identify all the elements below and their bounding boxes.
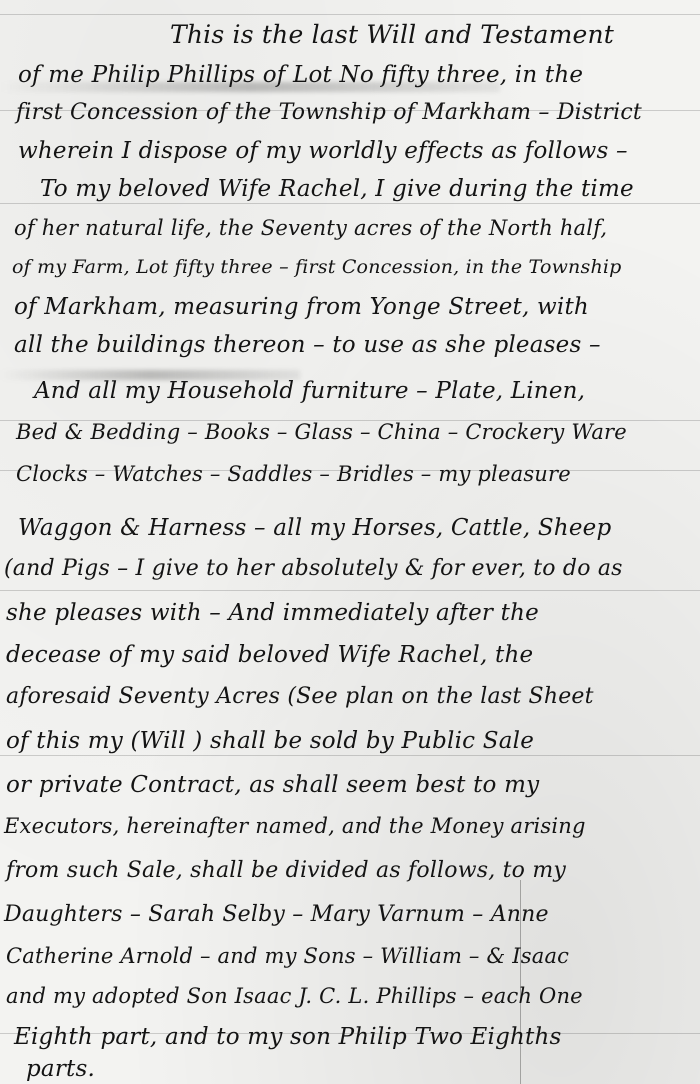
scanned-document-page: This is the last Will and Testament of m…	[0, 0, 700, 1084]
document-line: This is the last Will and Testament	[170, 20, 614, 49]
ruled-line	[0, 14, 700, 15]
document-line: Catherine Arnold – and my Sons – William…	[6, 944, 569, 968]
document-line: And all my Household furniture – Plate, …	[34, 378, 585, 404]
document-line: of this my (Will ) shall be sold by Publ…	[6, 728, 534, 754]
document-line: To my beloved Wife Rachel, I give during…	[40, 176, 634, 202]
document-line: aforesaid Seventy Acres (See plan on the…	[6, 684, 594, 709]
document-line: Eighth part, and to my son Philip Two Ei…	[14, 1024, 562, 1050]
document-line: Waggon & Harness – all my Horses, Cattle…	[18, 515, 611, 541]
document-line: of her natural life, the Seventy acres o…	[14, 216, 607, 240]
document-line: or private Contract, as shall seem best …	[6, 772, 539, 798]
document-line: first Concession of the Township of Mark…	[16, 100, 642, 125]
ruled-line	[0, 203, 700, 204]
document-line: Daughters – Sarah Selby – Mary Varnum – …	[4, 902, 549, 927]
document-line: Clocks – Watches – Saddles – Bridles – m…	[16, 462, 571, 486]
ruled-line	[0, 755, 700, 756]
document-line: of me Philip Phillips of Lot No fifty th…	[18, 62, 583, 88]
document-line: she pleases with – And immediately after…	[6, 600, 539, 626]
document-line: (and Pigs – I give to her absolutely & f…	[4, 556, 623, 581]
document-line: wherein I dispose of my worldly effects …	[18, 138, 628, 164]
document-line: of Markham, measuring from Yonge Street,…	[14, 294, 589, 320]
document-line: parts.	[26, 1056, 95, 1082]
ruled-line	[0, 590, 700, 591]
document-line: decease of my said beloved Wife Rachel, …	[6, 642, 533, 668]
document-line: from such Sale, shall be divided as foll…	[6, 858, 566, 883]
document-line: Bed & Bedding – Books – Glass – China – …	[16, 420, 627, 444]
document-line: Executors, hereinafter named, and the Mo…	[4, 814, 586, 838]
document-line: all the buildings thereon – to use as sh…	[14, 332, 601, 358]
document-line: of my Farm, Lot fifty three – first Conc…	[12, 256, 622, 278]
document-line: and my adopted Son Isaac J. C. L. Philli…	[6, 984, 583, 1008]
